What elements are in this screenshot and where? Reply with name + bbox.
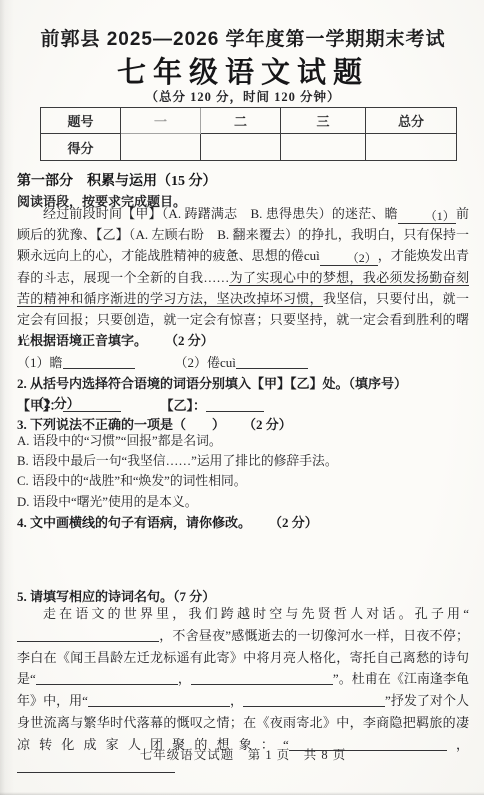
question-1-items: （1）瞻（2）倦cuì <box>17 352 469 371</box>
question-2-yi-label: 【乙】： <box>161 398 207 413</box>
question-5-stem: 5. 请填写相应的诗词名句。（7 分） <box>17 589 215 604</box>
question-4-stem: 4. 文中画横线的句子有语病，请你修改。 <box>17 515 251 530</box>
passage-text: 经过前段时间【甲】（A. 踌躇满志 B. 患得患失）的迷茫、瞻 <box>43 206 398 221</box>
answer-blank <box>243 692 385 707</box>
score-table-header-three: 三 <box>281 108 366 134</box>
answer-blank <box>36 670 178 685</box>
option-b: B. 语段中最后一句“我坚信……”运用了排比的修辞手法。 <box>17 451 469 471</box>
paper-title: 七年级语文试题 <box>17 50 469 91</box>
question-2-items: 【甲】：【乙】： <box>17 395 469 414</box>
answer-blank <box>17 627 159 642</box>
option-a: A. 语段中的“习惯”“回报”都是名词。 <box>17 431 469 451</box>
page-footer: 七年级语文试题 第 1 页 共 8 页 <box>17 745 469 763</box>
question-4-score: （2 分） <box>269 515 318 530</box>
score-table-header-total: 总分 <box>366 108 456 134</box>
exam-session-title: 前郭县 2025—2026 学年度第一学期期末考试 <box>17 24 469 51</box>
question-1-item2-label: （2）倦cuì <box>175 355 236 370</box>
question-1-score: （2 分） <box>165 333 214 348</box>
answer-blank <box>63 397 121 412</box>
score-table-empty-cell <box>201 134 281 160</box>
answer-blank <box>236 354 308 369</box>
answer-blank <box>63 354 135 369</box>
question-2-stem: 2. 从括号内选择符合语境的词语分别填入【甲】【乙】处。（填序号） <box>17 376 407 391</box>
q5-text: 走在语文的世界里，我们跨越时空与先贤哲人对话。孔子用“ <box>43 606 469 621</box>
answer-blank <box>191 670 333 685</box>
inline-blank-1: （1） <box>398 209 456 224</box>
question-1-stem: 1. 根据语境正音填字。 <box>17 333 147 348</box>
score-table-header-label: 题号 <box>41 108 121 134</box>
score-table: 题号 一 二 三 总分 得分 <box>40 107 457 161</box>
scanned-exam-page: 前郭县 2025—2026 学年度第一学期期末考试 七年级语文试题 （总分 12… <box>0 0 484 795</box>
answer-blank <box>88 692 230 707</box>
score-table-header-one: 一 <box>121 108 201 134</box>
score-table-header-two: 二 <box>201 108 281 134</box>
question-1: 1. 根据语境正音填字。 （2 分） <box>17 330 469 350</box>
score-duration-subtitle: （总分 120 分，时间 120 分钟） <box>17 87 469 105</box>
question-3-stem: 3. 下列说法不正确的一项是（ ） <box>17 417 225 432</box>
option-d: D. 语段中“曙光”使用的是本义。 <box>17 492 469 512</box>
score-table-row-label: 得分 <box>41 134 121 160</box>
section-heading: 第一部分 积累与运用（15 分） <box>17 170 469 190</box>
question-4: 4. 文中画横线的句子有语病，请你修改。 （2 分） <box>17 512 469 532</box>
score-table-empty-cell <box>281 134 366 160</box>
q5-text: ， <box>230 693 243 708</box>
q5-text: ， <box>178 671 191 686</box>
option-c: C. 语段中的“战胜”和“焕发”的词性相同。 <box>17 471 469 491</box>
answer-blank <box>206 397 264 412</box>
question-2-jia-label: 【甲】： <box>17 398 63 413</box>
inline-blank-2: （2） <box>320 251 378 266</box>
question-3-score: （2 分） <box>243 417 292 432</box>
score-table-empty-cell <box>366 134 456 160</box>
question-3-options: A. 语段中的“习惯”“回报”都是名词。 B. 语段中最后一句“我坚信……”运用… <box>17 431 469 512</box>
question-1-item1-label: （1）瞻 <box>17 355 63 370</box>
score-table-empty-cell <box>121 134 201 160</box>
